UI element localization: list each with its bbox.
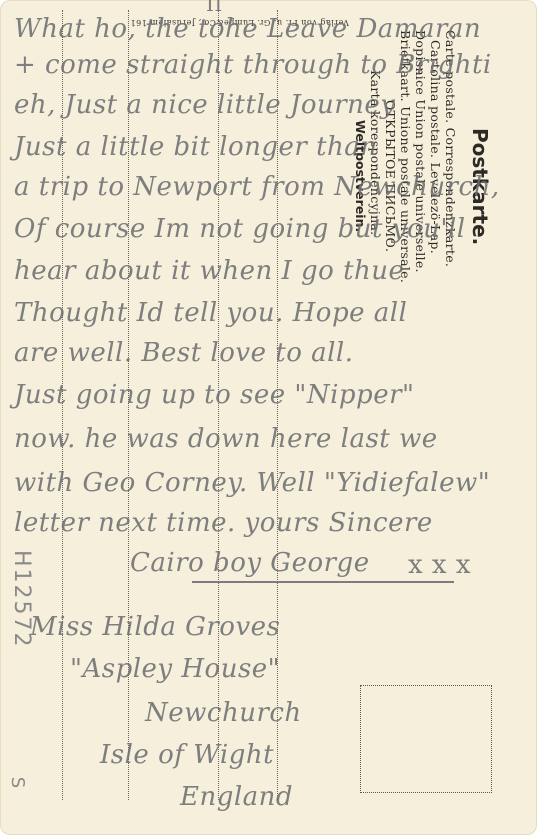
signature: Cairo boy George — [130, 548, 370, 578]
message-line-2: + come straight through to Brighti — [14, 50, 492, 80]
message-line-8: Thought Id tell you. Hope all — [14, 298, 407, 328]
archive-number: H12572 — [9, 550, 34, 649]
archive-mark: S — [7, 777, 28, 788]
message-line-6: Of course Im not going but you'll — [14, 214, 466, 244]
address-line-5: England — [180, 782, 293, 812]
signature-underline — [192, 581, 454, 583]
message-line-3: eh, Just a nice little Journey — [14, 90, 396, 120]
message-line-5: a trip to Newport from Newchurch, — [14, 172, 500, 202]
message-line-11: now. he was down here last we — [14, 424, 438, 454]
message-line-7: hear about it when I go thue — [14, 256, 404, 286]
message-line-12: with Geo Corney. Well "Yidiefalew" — [14, 468, 490, 498]
message-line-9: are well. Best love to all. — [14, 338, 354, 368]
message-line-13: letter next time. yours Sincere — [14, 508, 433, 538]
stamp-box — [360, 685, 492, 793]
postcard-back: Verlag von Fr. u. Gr. Lumpe&Co., Jerusal… — [0, 0, 537, 835]
message-line-10: Just going up to see "Nipper" — [14, 380, 414, 410]
address-line-3: Newchurch — [145, 698, 302, 728]
address-line-1: Miss Hilda Groves — [30, 612, 280, 642]
address-line-4: Isle of Wight — [100, 740, 274, 770]
message-line-1: What ho, the tohe Leave Damaran — [14, 14, 481, 44]
kisses: x x x — [408, 550, 471, 580]
message-line-4: Just a little bit longer than — [14, 132, 378, 162]
address-line-2: "Aspley House" — [70, 654, 280, 684]
